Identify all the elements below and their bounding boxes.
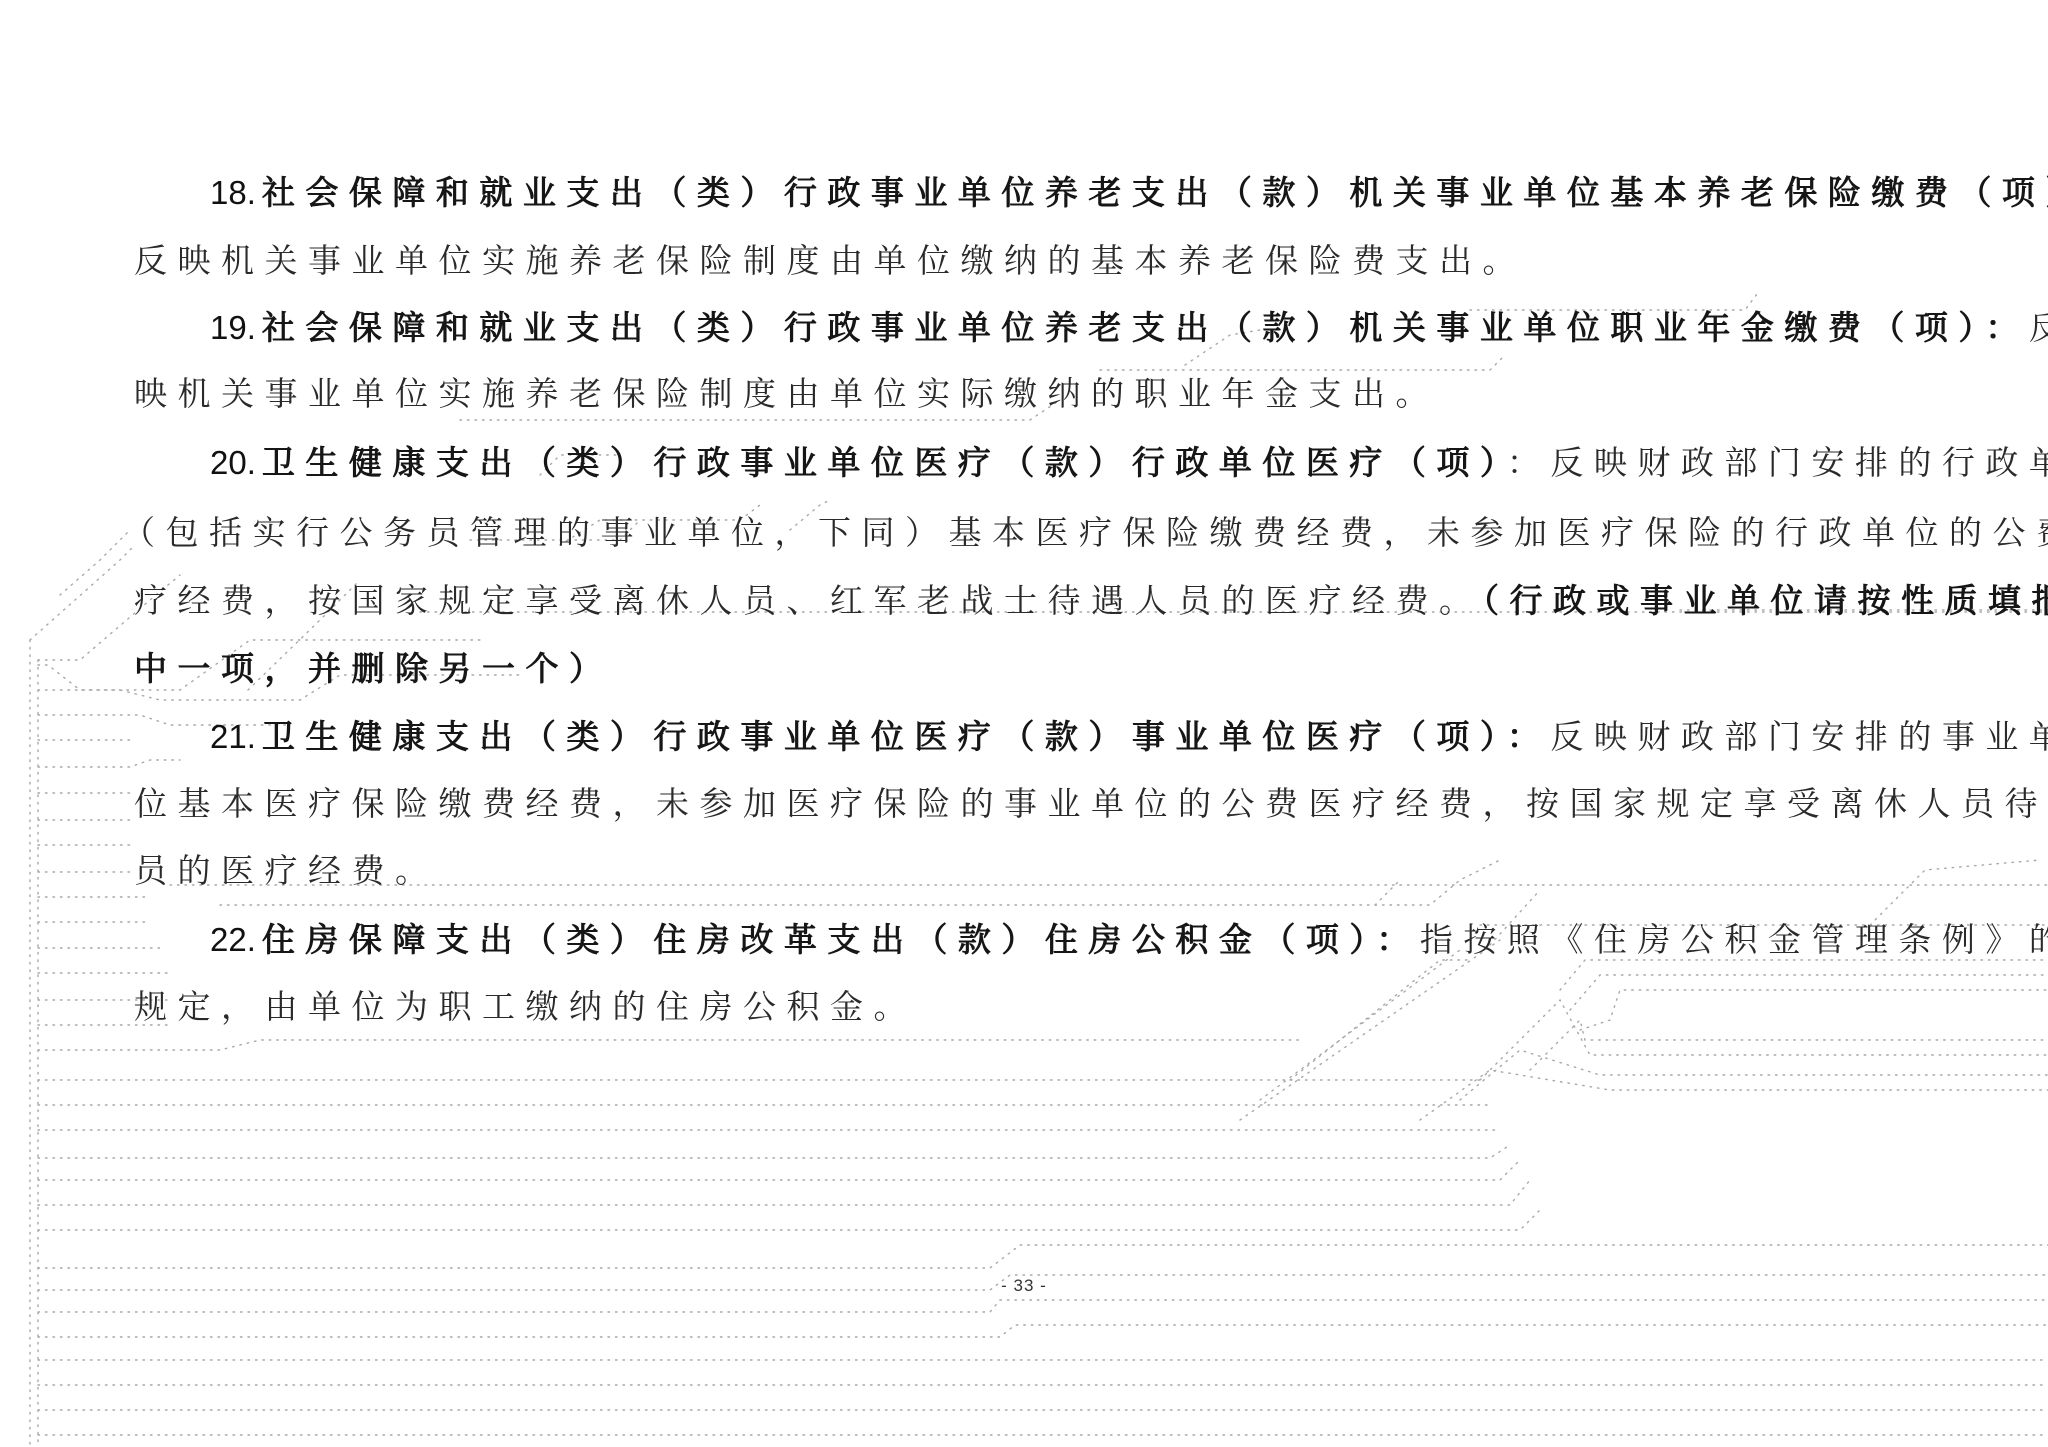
item-note: （行政或事业单位请按性质填报其 [1483, 581, 2048, 620]
item-heading: 住房保障支出（类）住房改革支出（款）住房公积金（项）： [262, 920, 1420, 959]
item-heading: 社会保障和就业支出（类）行政事业单位养老支出（款）机关事业单位基本养老保险缴费（… [262, 173, 2048, 212]
item-body: 映机关事业单位实施养老保险制度由单位实际缴纳的职业年金支出。 [134, 374, 1439, 413]
item-number: 21. [210, 718, 256, 755]
paragraph-20-line-4: 中一项，并删除另一个） [134, 649, 1914, 689]
paragraph-20-line-3: 疗经费，按国家规定享受离休人员、红军老战士待遇人员的医疗经费。（行政或事业单位请… [134, 581, 1914, 621]
paragraph-21-line-1: 21.卫生健康支出（类）行政事业单位医疗（款）事业单位医疗（项）：反映财政部门安… [210, 717, 1990, 757]
paragraph-18-line-2: 反映机关事业单位实施养老保险制度由单位缴纳的基本养老保险费支出。 [134, 241, 1914, 281]
item-body: 员的医疗经费。 [134, 851, 439, 890]
paragraph-19-line-1: 19.社会保障和就业支出（类）行政事业单位养老支出（款）机关事业单位职业年金缴费… [210, 308, 1990, 348]
item-body: 指按照《住房公积金管理条例》的 [1420, 920, 2048, 959]
item-body: 反 [2029, 308, 2048, 347]
item-heading: 卫生健康支出（类）行政事业单位医疗（款）行政单位医疗（项） [262, 443, 1507, 482]
item-heading: 卫生健康支出（类）行政事业单位医疗（款）事业单位医疗（项）： [262, 717, 1551, 756]
paragraph-19-line-2: 映机关事业单位实施养老保险制度由单位实际缴纳的职业年金支出。 [134, 374, 1914, 414]
item-body: 规定，由单位为职工缴纳的住房公积金。 [134, 987, 917, 1026]
item-body: 疗经费，按国家规定享受离休人员、红军老战士待遇人员的医疗经费。 [134, 581, 1483, 620]
paragraph-20-line-1: 20.卫生健康支出（类）行政事业单位医疗（款）行政单位医疗（项）：反映财政部门安… [210, 443, 1990, 483]
document-page: 18.社会保障和就业支出（类）行政事业单位养老支出（款）机关事业单位基本养老保险… [0, 0, 2048, 1447]
item-number: 22. [210, 921, 256, 958]
item-number: 19. [210, 309, 256, 346]
paragraph-21-line-3: 员的医疗经费。 [134, 851, 1914, 891]
item-body: 位基本医疗保险缴费经费，未参加医疗保险的事业单位的公费医疗经费，按国家规定享受离… [134, 784, 2048, 823]
paragraph-18-line-1: 18.社会保障和就业支出（类）行政事业单位养老支出（款）机关事业单位基本养老保险… [210, 173, 1990, 213]
paragraph-21-line-2: 位基本医疗保险缴费经费，未参加医疗保险的事业单位的公费医疗经费，按国家规定享受离… [134, 784, 1914, 824]
item-number: 20. [210, 444, 256, 481]
item-body: 反映财政部门安排的事业单 [1550, 717, 2048, 756]
item-body: ：反映财政部门安排的行政单位 [1507, 443, 2048, 482]
item-heading: 社会保障和就业支出（类）行政事业单位养老支出（款）机关事业单位职业年金缴费（项）… [262, 308, 2029, 347]
paragraph-22-line-1: 22.住房保障支出（类）住房改革支出（款）住房公积金（项）：指按照《住房公积金管… [210, 920, 1990, 960]
paragraph-22-line-2: 规定，由单位为职工缴纳的住房公积金。 [134, 987, 1914, 1027]
item-body: 反映机关事业单位实施养老保险制度由单位缴纳的基本养老保险费支出。 [134, 241, 1526, 280]
page-number: - 33 - [0, 1276, 2048, 1296]
item-number: 18. [210, 174, 256, 211]
paragraph-20-line-2: （包括实行公务员管理的事业单位，下同）基本医疗保险缴费经费，未参加医疗保险的行政… [122, 513, 1902, 553]
item-body: （包括实行公务员管理的事业单位，下同）基本医疗保险缴费经费，未参加医疗保险的行政… [122, 513, 2048, 552]
item-note: 中一项，并删除另一个） [134, 649, 613, 688]
